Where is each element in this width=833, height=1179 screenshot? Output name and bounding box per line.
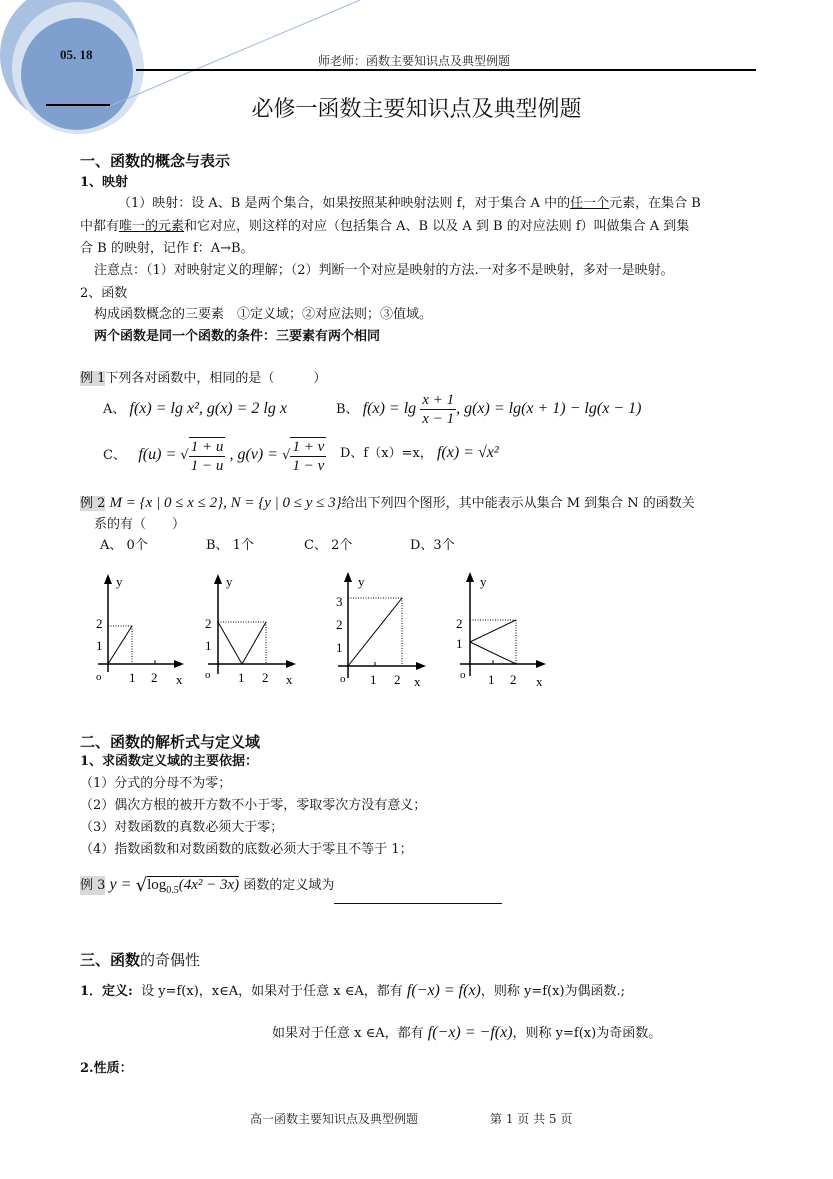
example1-option-b: B、 f(x) = lg x + 1x − 1, g(x) = lg(x + 1… [336, 390, 641, 429]
denominator: x − 1 [422, 410, 454, 428]
sqrt-symbol: √ [180, 437, 188, 475]
svg-text:2: 2 [96, 616, 103, 631]
graph-3: y321 o12x [326, 572, 446, 692]
definition-label: 1．定义: [80, 984, 133, 999]
formula: y = [110, 876, 132, 893]
svg-text:1: 1 [238, 670, 245, 685]
svg-text:o: o [340, 673, 346, 685]
svg-text:x: x [414, 674, 421, 689]
svg-text:1: 1 [96, 638, 103, 653]
svg-text:2: 2 [394, 672, 401, 687]
option-label: C、 [103, 448, 126, 463]
svg-text:y: y [226, 574, 233, 589]
numerator: 1 + v [290, 438, 326, 457]
svg-text:2: 2 [336, 617, 343, 632]
formula: f(x) = lg x² [130, 400, 199, 417]
mapping-note: 注意点：（1）对映射定义的理解；（2）判断一个对应是映射的方法.一对多不是映射，… [94, 260, 674, 282]
odd-function-definition: 如果对于任意 x ∈A，都有 f(−x) = −f(x)，则称 y=f(x)为奇… [272, 1022, 661, 1045]
svg-text:2: 2 [151, 670, 158, 685]
option-d: D、3个 [410, 535, 455, 557]
section1-heading: 一、函数的概念与表示 [80, 150, 230, 171]
option-c: C、 2个 [304, 535, 352, 557]
text: ，则称 y=f(x)为偶函数.; [481, 984, 625, 999]
formula: f(−x) = −f(x) [428, 1024, 513, 1041]
radicand: log0.5(4x² − 3x) [147, 876, 239, 893]
formula: f(x) = √x² [437, 444, 499, 461]
graph-4: y21 o12x [446, 572, 566, 692]
example2-question-cont: 系的有（ ） [94, 514, 185, 536]
option-label: A、 [103, 402, 125, 417]
svg-text:1: 1 [205, 638, 212, 653]
date-badge: 05. 18 [60, 47, 93, 63]
log-text: log [147, 877, 166, 893]
svg-text:o: o [96, 671, 102, 683]
text: 给出下列四个图形，其中能表示从集合 M 到集合 N 的函数关 [342, 496, 695, 511]
svg-text:x: x [286, 672, 293, 687]
example2-question: 例 2 M = {x | 0 ≤ x ≤ 2}, N = {y | 0 ≤ y … [80, 492, 695, 515]
text: 三、函数 [80, 951, 140, 969]
svg-text:2: 2 [510, 672, 517, 687]
page-number: 第 1 页 共 5 页 [490, 1110, 572, 1127]
formula: , g(v) = [229, 446, 278, 463]
text: 和它对应，则这样的对应（包括集合 A、B 以及 A 到 B 的对应法则 f）叫做… [184, 219, 689, 234]
numerator: x + 1 [420, 391, 456, 410]
example1-option-c: C、 f(u) = √1 + u1 − u , g(v) = √1 + v1 −… [103, 436, 326, 475]
formula: f(x) = lg [363, 400, 416, 417]
formula: f(u) = [138, 446, 176, 463]
underlined-text: 任一个 [570, 196, 609, 211]
properties-label: 2.性质： [80, 1058, 133, 1080]
text: 设 y=f(x)，x∈A，如果对于任意 x ∈A，都有 [141, 984, 403, 999]
answer-blank[interactable] [334, 889, 502, 904]
svg-text:2: 2 [205, 616, 212, 631]
svg-text:1: 1 [336, 640, 343, 655]
example1-question: 例 1下列各对函数中，相同的是（ ） [80, 368, 326, 390]
svg-text:2: 2 [262, 670, 269, 685]
graph-1: y21 o12x [88, 572, 208, 692]
denominator: 1 − u [191, 457, 224, 475]
log-base: 0.5 [166, 885, 179, 896]
formula: , g(x) = lg(x + 1) − lg(x − 1) [456, 400, 641, 417]
example-label: 例 2 [80, 496, 105, 511]
fraction: 1 + u1 − u [189, 437, 226, 475]
svg-text:o: o [460, 669, 466, 681]
section3-heading: 三、函数的奇偶性 [80, 949, 200, 970]
rule-3: （3）对数函数的真数必须大于零； [80, 817, 283, 839]
example-label: 例 3 [80, 876, 105, 895]
svg-text:1: 1 [456, 636, 463, 651]
svg-text:1: 1 [370, 672, 377, 687]
text: 中都有 [80, 219, 119, 234]
fraction: x + 1x − 1 [420, 391, 456, 428]
text: （1）映射：设 A、B 是两个集合，如果按照某种映射法则 f，对于集合 A 中的 [118, 196, 570, 211]
text: 元素，在集合 B [609, 196, 701, 211]
rule-1: （1）分式的分母不为零； [80, 773, 231, 795]
section1-sub2: 2、函数 [80, 283, 127, 305]
svg-text:y: y [116, 574, 123, 589]
same-function-condition: 两个函数是同一个函数的条件：三要素有两个相同 [94, 326, 380, 348]
example1-option-d: D、f（x）=x， f(x) = √x² [340, 442, 499, 465]
rule-2: （2）偶次方根的被开方数不小于零，零取零次方没有意义； [80, 795, 426, 817]
numerator: 1 + u [189, 438, 226, 457]
sqrt-symbol: √ [136, 873, 147, 899]
log-argument: (4x² − 3x) [179, 877, 239, 893]
running-title: 师老师：函数主要知识点及典型例题 [318, 52, 510, 69]
svg-text:3: 3 [336, 594, 343, 609]
header-rule [136, 69, 756, 71]
text: 下列各对函数中，相同的是（ ） [105, 371, 326, 386]
svg-text:1: 1 [129, 670, 136, 685]
three-elements: 构成函数概念的三要素 ①定义域；②对应法则；③值域。 [94, 304, 432, 326]
sqrt-symbol: √ [282, 437, 290, 475]
graph-2: y21 o12x [196, 572, 316, 692]
svg-text:1: 1 [488, 672, 495, 687]
mapping-definition-line1: （1）映射：设 A、B 是两个集合，如果按照某种映射法则 f，对于集合 A 中的… [118, 193, 701, 215]
example1-option-a: A、 f(x) = lg x², g(x) = 2 lg x [103, 398, 287, 421]
option-label: D、f（x）=x， [340, 446, 433, 461]
underlined-text: 唯一的元素 [119, 219, 184, 234]
text: 如果对于任意 x ∈A，都有 [272, 1026, 424, 1041]
svg-text:x: x [176, 672, 183, 687]
footer-title: 高一函数主要知识点及典型例题 [250, 1110, 418, 1127]
section1-sub1: 1、映射 [80, 172, 128, 194]
svg-text:y: y [358, 574, 365, 589]
text: 的奇偶性 [140, 951, 200, 969]
even-function-definition: 1．定义: 设 y=f(x)，x∈A，如果对于任意 x ∈A，都有 f(−x) … [80, 980, 625, 1003]
section2-sub1: 1、求函数定义域的主要依据： [80, 751, 258, 773]
example-label: 例 1 [80, 371, 105, 386]
formula: f(−x) = f(x) [407, 982, 481, 999]
option-label: B、 [336, 402, 359, 417]
formula: M = {x | 0 ≤ x ≤ 2}, N = {y | 0 ≤ y ≤ 3} [110, 495, 342, 511]
option-a: A、 0个 [100, 535, 148, 557]
text: ，则称 y=f(x)为奇函数。 [513, 1026, 662, 1041]
mapping-definition-line2: 中都有唯一的元素和它对应，则这样的对应（包括集合 A、B 以及 A 到 B 的对… [80, 216, 689, 238]
fraction: 1 + v1 − v [290, 437, 326, 475]
page-title: 必修一函数主要知识点及典型例题 [0, 92, 833, 123]
mapping-definition-line3: 合 B 的映射，记作 f：A→B。 [80, 238, 254, 260]
formula: , g(x) = 2 lg x [199, 400, 287, 417]
svg-text:x: x [536, 674, 543, 689]
svg-text:2: 2 [456, 616, 463, 631]
option-b: B、 1个 [206, 535, 254, 557]
example3-question: 例 3 y = √log0.5(4x² − 3x) 函数的定义域为 [80, 872, 502, 904]
rule-4: （4）指数函数和对数函数的底数必须大于零且不等于 1； [80, 839, 413, 861]
svg-text:y: y [480, 574, 487, 589]
denominator: 1 − v [292, 457, 324, 475]
section2-heading: 二、函数的解析式与定义域 [80, 731, 260, 752]
svg-text:o: o [205, 669, 211, 681]
text: 函数的定义域为 [243, 878, 334, 893]
